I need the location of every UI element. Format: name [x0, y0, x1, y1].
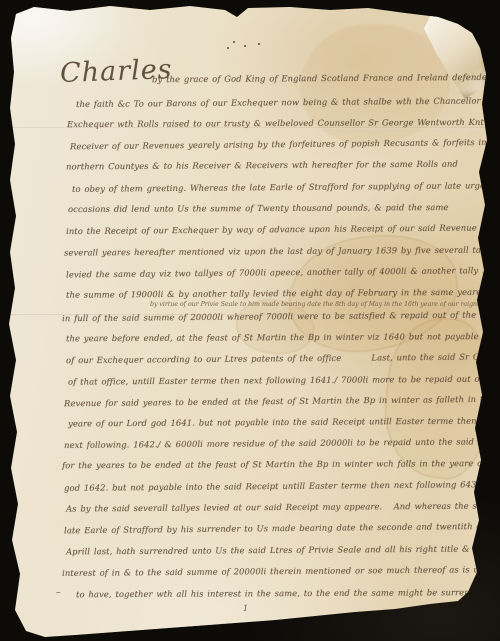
manuscript-line: northern Countyes & to his Receiver & Re… — [66, 159, 458, 172]
photo-background: Charles by the grace of God King of Engl… — [0, 0, 500, 641]
ink-speck — [258, 43, 260, 45]
manuscript-line: late Earle of Strafford by his surrender… — [64, 521, 500, 536]
manuscript-line: occasions did lend unto Us the summe of … — [68, 202, 448, 214]
manuscript-line: Receiver of our Revenues yearely arising… — [70, 137, 500, 152]
manuscript-line: god 1642. but not payable into the said … — [64, 479, 479, 493]
ink-speck — [244, 45, 246, 47]
manuscript-line: to obey of them greeting. Whereas the la… — [72, 180, 494, 194]
ink-speck — [227, 47, 229, 49]
margin-dash: – — [56, 588, 61, 598]
interlined-insertion: by virtue of our Privie Seale to him mad… — [150, 301, 481, 308]
manuscript-line: to have, together wth all his interest i… — [76, 587, 500, 599]
manuscript-line: interest of in & to the said summe of 20… — [62, 564, 500, 578]
page-number-mark: 1 — [243, 604, 248, 613]
ink-speck — [233, 41, 235, 43]
manuscript-line: As by the said severall tallyes levied a… — [66, 501, 490, 514]
manuscript-line: Aprill last, hath surrendred unto Us the… — [66, 544, 470, 557]
rust-spot — [474, 17, 477, 20]
manuscript-line: into the Receipt of our Exchequer by way… — [66, 222, 500, 236]
manuscript-paper: Charles by the grace of God King of Engl… — [0, 0, 500, 641]
